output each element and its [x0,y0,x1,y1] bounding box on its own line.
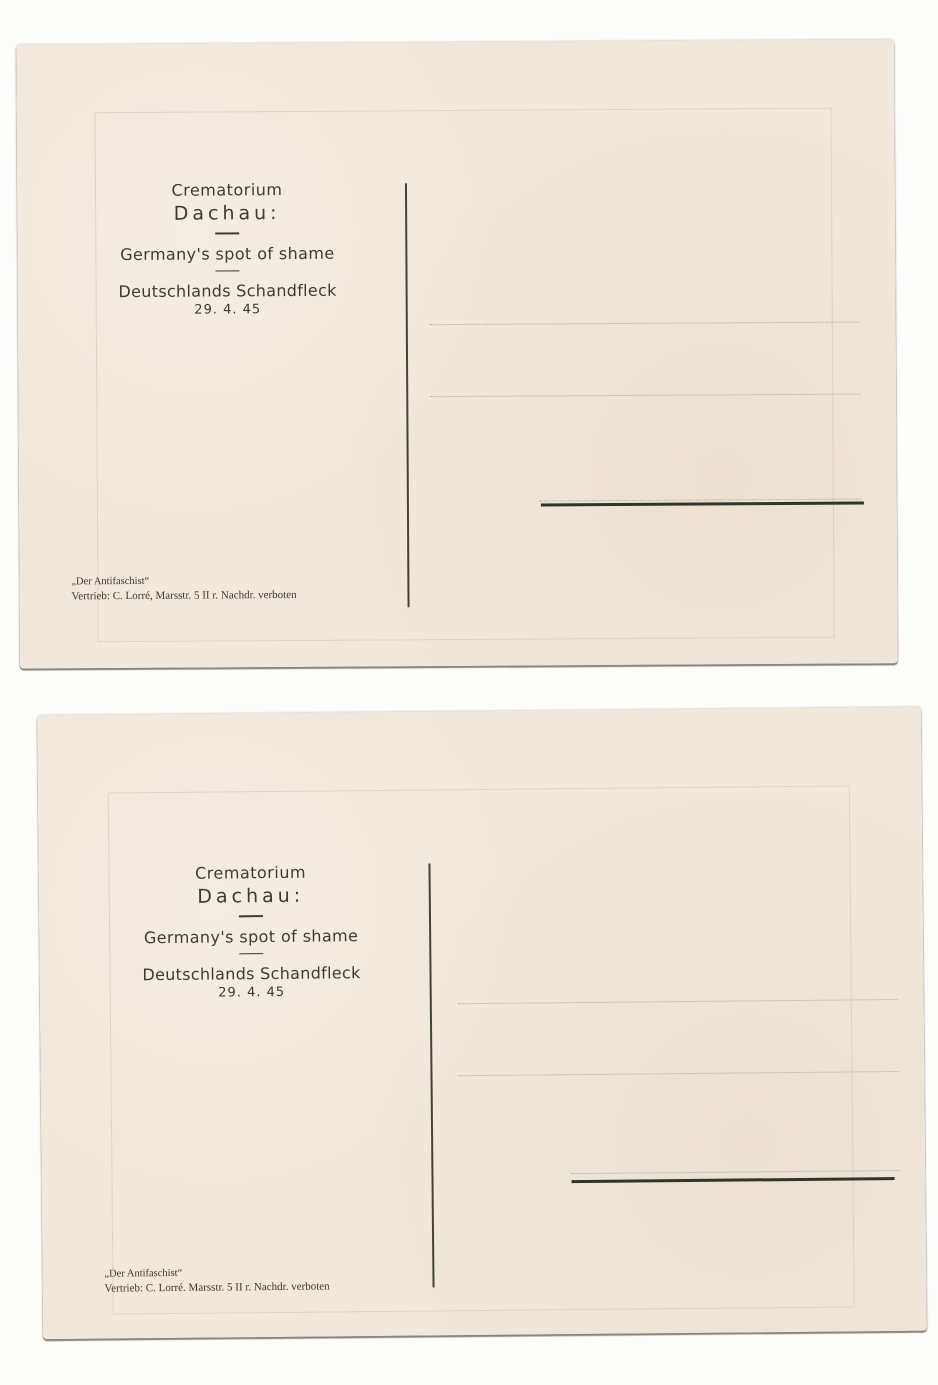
imprint-distribution: Vertrieb: C. Lorré. Marsstr. 5 II r. Nac… [104,1279,329,1295]
imprint-publication: „Der Antifaschist“ [71,574,296,589]
title-separator [239,953,263,955]
title-crematorium: Crematorium [87,180,367,202]
imprint-distribution: Vertrieb: C. Lorré, Marsstr. 5 II r. Nac… [71,588,296,603]
title-dachau: Dachau: [111,882,391,911]
title-dachau: Dachau: [87,200,367,228]
stamp-area [429,108,832,302]
postcard-title-block: Crematorium Dachau: Germany's spot of sh… [110,862,391,1004]
title-separator [215,232,239,234]
postcard-bottom: Crematorium Dachau: Germany's spot of sh… [37,707,927,1339]
publisher-imprint: „Der Antifaschist“ Vertrieb: C. Lorré. M… [104,1265,329,1295]
title-crematorium: Crematorium [110,862,390,885]
title-german: Deutschlands Schandfleck [88,281,368,303]
postcard-top: Crematorium Dachau: Germany's spot of sh… [16,39,898,668]
title-separator [215,270,239,272]
stamp-area [456,785,852,981]
title-english: Germany's spot of shame [111,925,391,948]
title-date: 29. 4. 45 [112,983,392,1004]
publisher-imprint: „Der Antifaschist“ Vertrieb: C. Lorré, M… [71,574,296,603]
postcard-title-block: Crematorium Dachau: Germany's spot of sh… [87,180,368,321]
title-separator [239,915,263,917]
title-english: Germany's spot of shame [87,243,367,265]
title-german: Deutschlands Schandfleck [111,963,391,986]
title-date: 29. 4. 45 [88,301,368,321]
